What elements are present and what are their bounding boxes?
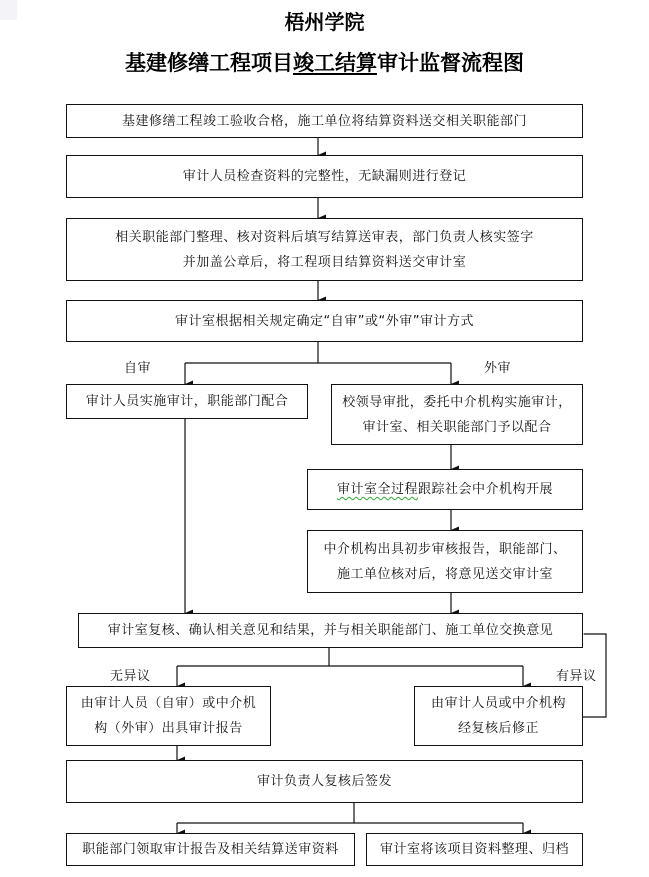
step-collect-report-text: 职能部门领取审计报告及相关结算送审资料 [82, 837, 339, 862]
label-self-audit: 自审 [124, 357, 151, 376]
step-signoff: 审计负责人复核后签发 [66, 760, 583, 803]
step-review-exchange: 审计室复核、确认相关意见和结果，并与相关职能部门、施工单位交换意见 [78, 613, 583, 648]
step-submit-line-1: 相关职能部门整理、核对资料后填写结算送审表，部门负责人核实签字 [115, 225, 534, 250]
step-acceptance: 基建修缮工程竣工验收合格，施工单位将结算资料送交相关职能部门 [66, 104, 583, 138]
step-determine-method: 审计室根据相关规定确定“自审”或“外审”审计方式 [66, 300, 583, 342]
label-no-objection: 无异议 [110, 665, 151, 684]
step-external-audit-line-1: 校领导审批，委托中介机构实施审计， [342, 390, 572, 415]
step-self-audit-text: 审计人员实施审计，职能部门配合 [86, 389, 289, 414]
step-external-audit-line-2: 审计室、相关职能部门予以配合 [362, 415, 551, 440]
step-revise: 由审计人员或中介机构 经复核后修正 [414, 686, 583, 746]
step-revise-line-1: 由审计人员或中介机构 [431, 691, 566, 716]
spellcheck-underlined-text: 审计室全过程 [337, 482, 418, 497]
step-external-audit: 校领导审批，委托中介机构实施审计， 审计室、相关职能部门予以配合 [331, 384, 583, 445]
step-agency-report-line-2: 施工单位核对后，将意见送交审计室 [337, 562, 553, 587]
step-track-agency-rest: 跟踪社会中介机构开展 [418, 482, 553, 497]
step-review-exchange-text: 审计室复核、确认相关意见和结果，并与相关职能部门、施工单位交换意见 [108, 618, 554, 643]
step-submit-line-2: 并加盖公章后，将工程项目结算资料送交审计室 [183, 250, 467, 275]
step-agency-report-line-1: 中介机构出具初步审核报告，职能部门、 [323, 537, 566, 562]
step-track-agency-text: 审计室全过程跟踪社会中介机构开展 [337, 477, 553, 502]
label-external-audit: 外审 [484, 357, 511, 376]
step-determine-method-text: 审计室根据相关规定确定“自审”或“外审”审计方式 [175, 309, 474, 334]
step-check-register-text: 审计人员检查资料的完整性，无缺漏则进行登记 [183, 164, 467, 189]
step-check-register: 审计人员检查资料的完整性，无缺漏则进行登记 [66, 155, 583, 198]
step-archive-text: 审计室将该项目资料整理、归档 [380, 837, 569, 862]
step-issue-report: 由审计人员（自审）或中介机 构（外审）出具审计报告 [66, 686, 271, 746]
step-acceptance-text: 基建修缮工程竣工验收合格，施工单位将结算资料送交相关职能部门 [122, 109, 527, 134]
step-self-audit: 审计人员实施审计，职能部门配合 [66, 384, 308, 419]
step-signoff-text: 审计负责人复核后签发 [257, 769, 392, 794]
step-issue-report-line-1: 由审计人员（自审）或中介机 [81, 691, 257, 716]
step-submit-to-audit: 相关职能部门整理、核对资料后填写结算送审表，部门负责人核实签字 并加盖公章后，将… [66, 218, 583, 281]
step-archive: 审计室将该项目资料整理、归档 [366, 833, 583, 866]
step-track-agency: 审计室全过程跟踪社会中介机构开展 [307, 469, 583, 510]
step-issue-report-line-2: 构（外审）出具审计报告 [94, 716, 243, 741]
step-collect-report: 职能部门领取审计报告及相关结算送审资料 [66, 833, 355, 866]
label-objection: 有异议 [556, 665, 597, 684]
step-revise-line-2: 经复核后修正 [458, 716, 539, 741]
step-agency-report: 中介机构出具初步审核报告，职能部门、 施工单位核对后，将意见送交审计室 [307, 530, 583, 593]
